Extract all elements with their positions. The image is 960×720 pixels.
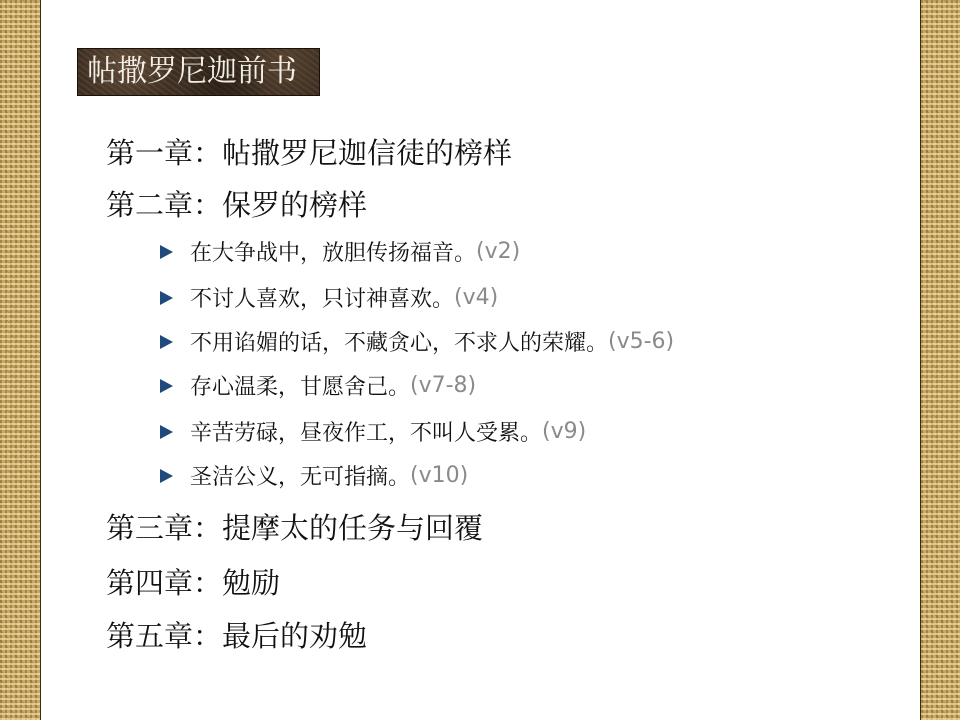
triangle-bullet-icon: [160, 335, 173, 349]
triangle-bullet-icon: [160, 469, 173, 483]
triangle-bullet-icon: [160, 245, 173, 259]
triangle-bullet-icon: [160, 425, 173, 439]
chapter-1: 第一章：帖撒罗尼迦信徒的榜样: [106, 131, 512, 172]
chapter-3: 第三章：提摩太的任务与回覆: [106, 506, 483, 547]
verse-ref: (v10): [410, 463, 468, 488]
chapter-4: 第四章：勉励: [106, 561, 280, 602]
bullet-text: 不讨人喜欢，只讨神喜欢。: [190, 282, 454, 313]
verse-ref: (v7-8): [410, 373, 476, 398]
chapter-2: 第二章：保罗的榜样: [106, 183, 367, 224]
bullet-item: 存心温柔，甘愿舍己。 (v7-8): [160, 370, 476, 401]
verse-ref: (v2): [476, 239, 520, 264]
bullet-item: 圣洁公义，无可指摘。 (v10): [160, 460, 468, 491]
verse-ref: (v9): [542, 419, 586, 444]
triangle-bullet-icon: [160, 291, 173, 305]
bullet-text: 不用谄媚的话，不藏贪心，不求人的荣耀。: [190, 326, 608, 357]
right-burlap-border: [920, 0, 960, 720]
slide-title: 帖撒罗尼迦前书: [77, 48, 320, 96]
bullet-text: 辛苦劳碌，昼夜作工，不叫人受累。: [190, 416, 542, 447]
bullet-text: 存心温柔，甘愿舍己。: [190, 370, 410, 401]
left-burlap-border: [0, 0, 41, 720]
verse-ref: (v5-6): [608, 329, 674, 354]
bullet-item: 在大争战中，放胆传扬福音。 (v2): [160, 236, 520, 267]
bullet-text: 圣洁公义，无可指摘。: [190, 460, 410, 491]
triangle-bullet-icon: [160, 379, 173, 393]
chapter-5: 第五章：最后的劝勉: [106, 614, 367, 655]
bullet-item: 不用谄媚的话，不藏贪心，不求人的荣耀。 (v5-6): [160, 326, 674, 357]
verse-ref: (v4): [454, 285, 498, 310]
bullet-item: 辛苦劳碌，昼夜作工，不叫人受累。 (v9): [160, 416, 586, 447]
bullet-text: 在大争战中，放胆传扬福音。: [190, 236, 476, 267]
bullet-item: 不讨人喜欢，只讨神喜欢。 (v4): [160, 282, 498, 313]
